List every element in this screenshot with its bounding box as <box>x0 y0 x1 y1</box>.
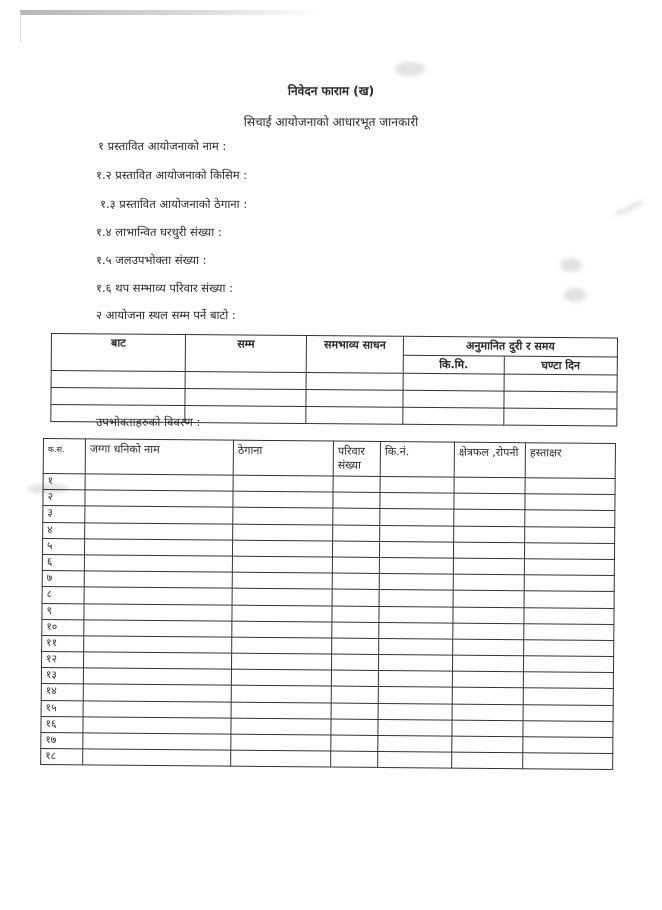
cell-area[interactable] <box>452 688 523 705</box>
cell-address[interactable] <box>231 702 331 719</box>
cell-plot-no[interactable] <box>380 476 454 493</box>
cell-owner-name[interactable] <box>83 733 231 750</box>
cell-to[interactable] <box>185 389 306 407</box>
cell-address[interactable] <box>232 540 332 557</box>
cell-signature[interactable] <box>524 591 614 608</box>
cell-address[interactable] <box>233 508 333 525</box>
cell-address[interactable] <box>233 491 333 508</box>
cell-area[interactable] <box>452 704 523 721</box>
cell-plot-no[interactable] <box>379 574 453 591</box>
cell-area[interactable] <box>453 623 524 640</box>
cell-family-count[interactable] <box>331 735 378 752</box>
cell-signature[interactable] <box>524 640 614 657</box>
cell-area[interactable] <box>452 671 523 688</box>
cell-means[interactable] <box>306 390 403 408</box>
field-route-to-site: २ आयोजना स्थल सम्म पर्ने बाटो : <box>96 308 236 323</box>
cell-plot-no[interactable] <box>378 671 452 688</box>
header-distance-time: अनुमानित दुरी र समय <box>403 336 617 357</box>
cell-area[interactable] <box>454 493 525 510</box>
cell-signature[interactable] <box>523 721 613 738</box>
field-project-type: १.२ प्रस्तावित आयोजनाको किसिम : <box>96 168 247 183</box>
cell-signature[interactable] <box>523 656 613 673</box>
cell-family-count[interactable] <box>333 508 380 525</box>
header-to: सम्म <box>185 335 306 373</box>
cell-owner-name[interactable] <box>84 571 232 588</box>
cell-sn: ८ <box>42 587 84 604</box>
cell-signature[interactable] <box>524 559 614 576</box>
cell-address[interactable] <box>232 621 332 638</box>
scan-smudge <box>564 288 586 302</box>
cell-sn: १६ <box>41 716 83 733</box>
cell-owner-name[interactable] <box>85 506 233 523</box>
cell-plot-no[interactable] <box>379 541 453 558</box>
field-water-users: १.५ जलउपभोक्ता संख्या : <box>96 253 207 268</box>
cell-address[interactable] <box>231 653 331 670</box>
cell-family-count[interactable] <box>331 719 378 736</box>
cell-km[interactable] <box>403 390 504 408</box>
cell-area[interactable] <box>453 542 524 559</box>
header-sn: क.सं. <box>43 439 85 474</box>
cell-plot-no[interactable] <box>378 752 452 769</box>
field-beneficiary-households: १.४ लाभान्वित घरधुरी संख्या : <box>96 225 222 240</box>
cell-address[interactable] <box>232 605 332 622</box>
cell-signature[interactable] <box>524 607 614 624</box>
cell-family-count[interactable] <box>333 492 380 509</box>
cell-sn: ७ <box>42 571 84 588</box>
cell-signature[interactable] <box>524 623 614 640</box>
cell-area[interactable] <box>452 720 523 737</box>
cell-plot-no[interactable] <box>378 719 452 736</box>
cell-area[interactable] <box>453 590 524 607</box>
header-hours-days: घण्टा दिन <box>504 356 617 375</box>
field-project-address: १.३ प्रस्तावित आयोजनाको ठेगाना : <box>100 197 247 212</box>
cell-km[interactable] <box>403 373 504 391</box>
header-from: बाट <box>51 334 185 372</box>
cell-sn: ११ <box>42 635 84 652</box>
cell-address[interactable] <box>231 718 331 735</box>
cell-area[interactable] <box>454 477 525 494</box>
cell-area[interactable] <box>452 655 523 672</box>
cell-family-count[interactable] <box>332 606 379 623</box>
cell-sn: ९ <box>42 603 84 620</box>
cell-area[interactable] <box>453 574 524 591</box>
cell-sn: १ <box>43 474 85 491</box>
cell-address[interactable] <box>233 524 333 541</box>
cell-owner-name[interactable] <box>84 636 232 653</box>
scan-smudge <box>395 62 425 76</box>
cell-signature[interactable] <box>523 737 613 754</box>
cell-family-count[interactable] <box>332 638 379 655</box>
cell-owner-name[interactable] <box>83 700 231 717</box>
cell-sn: १७ <box>41 732 83 749</box>
cell-address[interactable] <box>231 686 331 703</box>
cell-hours-days[interactable] <box>504 408 617 426</box>
cell-family-count[interactable] <box>333 525 380 542</box>
cell-address[interactable] <box>231 669 331 686</box>
header-area: क्षेत्रफल ,रोपनी <box>454 442 525 478</box>
header-family-count: परिवार संख्या <box>333 441 380 476</box>
cell-sn: १४ <box>41 684 83 701</box>
cell-means[interactable] <box>306 373 403 391</box>
cell-owner-name[interactable] <box>83 717 231 734</box>
cell-sn: ५ <box>42 538 84 555</box>
cell-km[interactable] <box>403 407 504 425</box>
cell-owner-name[interactable] <box>85 490 233 507</box>
scan-smudge <box>560 258 582 272</box>
cell-sn: १० <box>42 619 84 636</box>
cell-area[interactable] <box>454 509 525 526</box>
cell-hours-days[interactable] <box>504 374 617 392</box>
users-table-body: १२३४५६७८९१०१११२१३१४१५१६१७१८ <box>41 474 616 770</box>
cell-plot-no[interactable] <box>379 606 453 623</box>
cell-means[interactable] <box>306 407 403 425</box>
cell-owner-name[interactable] <box>84 603 232 620</box>
cell-owner-name[interactable] <box>83 668 231 685</box>
route-table: बाट सम्म समभाव्य साधन अनुमानित दुरी र सम… <box>50 333 618 426</box>
cell-hours-days[interactable] <box>504 391 617 409</box>
cell-area[interactable] <box>452 752 523 769</box>
cell-family-count[interactable] <box>332 541 379 558</box>
header-km: कि.मि. <box>403 355 504 374</box>
cell-family-count[interactable] <box>331 654 378 671</box>
cell-plot-no[interactable] <box>380 509 454 526</box>
cell-sn: १५ <box>41 700 83 717</box>
cell-plot-no[interactable] <box>380 493 454 510</box>
field-project-name: १ प्रस्तावित आयोजनाको नाम : <box>98 139 226 154</box>
cell-address[interactable] <box>232 637 332 654</box>
cell-owner-name[interactable] <box>83 684 231 701</box>
cell-plot-no[interactable] <box>378 703 452 720</box>
cell-plot-no[interactable] <box>379 638 453 655</box>
cell-signature[interactable] <box>524 575 614 592</box>
cell-signature[interactable] <box>523 753 613 770</box>
cell-area[interactable] <box>453 639 524 656</box>
field-additional-families: १.६ थप सम्भाव्य परिवार संख्या : <box>96 281 233 296</box>
cell-plot-no[interactable] <box>378 654 452 671</box>
cell-signature[interactable] <box>525 510 615 527</box>
cell-sn: ६ <box>42 554 84 571</box>
cell-owner-name[interactable] <box>85 474 233 491</box>
cell-sn: १३ <box>41 668 83 685</box>
header-address: ठेगाना <box>233 440 333 476</box>
cell-from[interactable] <box>51 388 185 406</box>
cell-plot-no[interactable] <box>378 687 452 704</box>
cell-plot-no[interactable] <box>379 557 453 574</box>
cell-sn: १८ <box>41 749 83 766</box>
cell-area[interactable] <box>453 558 524 575</box>
cell-family-count[interactable] <box>332 557 379 574</box>
cell-area[interactable] <box>453 607 524 624</box>
cell-owner-name[interactable] <box>84 555 232 572</box>
cell-plot-no[interactable] <box>380 525 454 542</box>
users-table: क.सं. जग्गा धनिको नाम ठेगाना परिवार संख्… <box>40 438 616 770</box>
cell-family-count[interactable] <box>331 751 378 768</box>
cell-signature[interactable] <box>523 672 613 689</box>
cell-family-count[interactable] <box>332 622 379 639</box>
header-means: समभाव्य साधन <box>306 336 403 374</box>
cell-address[interactable] <box>231 734 331 751</box>
cell-sn: २ <box>43 490 85 507</box>
cell-address[interactable] <box>232 556 332 573</box>
cell-family-count[interactable] <box>331 686 378 703</box>
cell-owner-name[interactable] <box>84 587 232 604</box>
cell-owner-name[interactable] <box>84 539 232 556</box>
cell-family-count[interactable] <box>332 589 379 606</box>
cell-family-count[interactable] <box>331 703 378 720</box>
scan-edge <box>20 10 320 15</box>
header-plot-no: कि.नं. <box>380 441 454 477</box>
cell-family-count[interactable] <box>332 573 379 590</box>
scan-smudge <box>613 199 646 218</box>
cell-plot-no[interactable] <box>379 622 453 639</box>
cell-owner-name[interactable] <box>84 620 232 637</box>
cell-plot-no[interactable] <box>379 590 453 607</box>
cell-signature[interactable] <box>523 704 613 721</box>
cell-owner-name[interactable] <box>83 749 231 766</box>
cell-plot-no[interactable] <box>378 735 452 752</box>
cell-address[interactable] <box>233 475 333 492</box>
cell-address[interactable] <box>232 572 332 589</box>
users-section-label: उपभोक्ताहरुको विवरण : <box>96 415 200 430</box>
cell-signature[interactable] <box>525 478 615 495</box>
cell-area[interactable] <box>454 526 525 543</box>
form-title: निवेदन फाराम (ख) <box>0 82 662 99</box>
cell-owner-name[interactable] <box>85 522 233 539</box>
cell-signature[interactable] <box>524 542 614 559</box>
header-signature: हस्ताक्षर <box>525 443 615 479</box>
cell-address[interactable] <box>231 750 331 767</box>
cell-family-count[interactable] <box>331 670 378 687</box>
cell-sn: ३ <box>43 506 85 523</box>
cell-from[interactable] <box>51 371 185 389</box>
cell-to[interactable] <box>185 372 306 390</box>
cell-signature[interactable] <box>525 494 615 511</box>
cell-address[interactable] <box>232 588 332 605</box>
cell-signature[interactable] <box>523 688 613 705</box>
scan-edge <box>20 12 21 42</box>
form-subtitle: सिचाई आयोजनाको आधारभूत जानकारी <box>0 113 662 130</box>
cell-area[interactable] <box>452 736 523 753</box>
cell-owner-name[interactable] <box>83 652 231 669</box>
cell-signature[interactable] <box>525 526 615 543</box>
cell-to[interactable] <box>185 406 306 424</box>
header-owner-name: जग्गा धनिको नाम <box>85 439 233 475</box>
cell-sn: १२ <box>41 652 83 669</box>
cell-family-count[interactable] <box>333 476 380 493</box>
cell-sn: ४ <box>43 522 85 539</box>
